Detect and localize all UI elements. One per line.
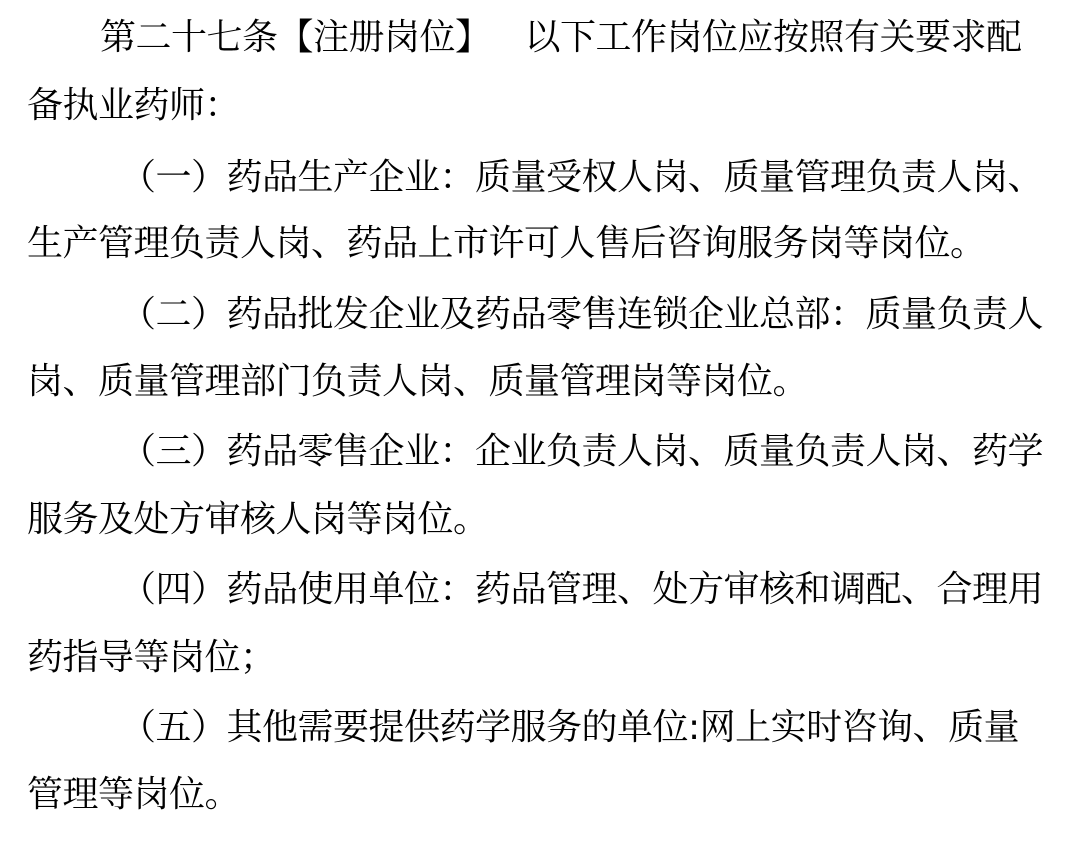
item-label: （五）	[120, 707, 227, 748]
item-5-line-2: 管理等岗位。	[27, 773, 240, 817]
item-5-line-1: （五）其他需要提供药学服务的单位:网上实时咨询、质量	[120, 706, 1019, 750]
article-first-line: 第二十七条【注册岗位】以下工作岗位应按照有关要求配	[100, 16, 1022, 60]
item-4-line-2: 药指导等岗位；	[27, 636, 276, 680]
item-1-line-1: （一）药品生产企业：质量受权人岗、质量管理负责人岗、	[120, 156, 1043, 200]
article-intro-continued: 备执业药师：	[27, 84, 240, 128]
item-3-line-2: 服务及处方审核人岗等岗位。	[27, 498, 489, 542]
article-intro: 以下工作岗位应按照有关要求配	[525, 17, 1022, 58]
item-1-line-2: 生产管理负责人岗、药品上市许可人售后咨询服务岗等岗位。	[27, 222, 986, 266]
item-label: （四）	[120, 569, 227, 610]
item-label: （二）	[120, 294, 227, 335]
item-2-line-2: 岗、质量管理部门负责人岗、质量管理岗等岗位。	[27, 360, 808, 404]
item-label: （三）	[120, 431, 227, 472]
article-heading: 第二十七条【注册岗位】	[100, 17, 491, 58]
item-3-line-1: （三）药品零售企业：企业负责人岗、质量负责人岗、药学	[120, 430, 1043, 474]
item-4-line-1: （四）药品使用单位：药品管理、处方审核和调配、合理用	[120, 568, 1043, 612]
item-label: （一）	[120, 157, 227, 198]
item-2-line-1: （二）药品批发企业及药品零售连锁企业总部：质量负责人	[120, 293, 1043, 337]
